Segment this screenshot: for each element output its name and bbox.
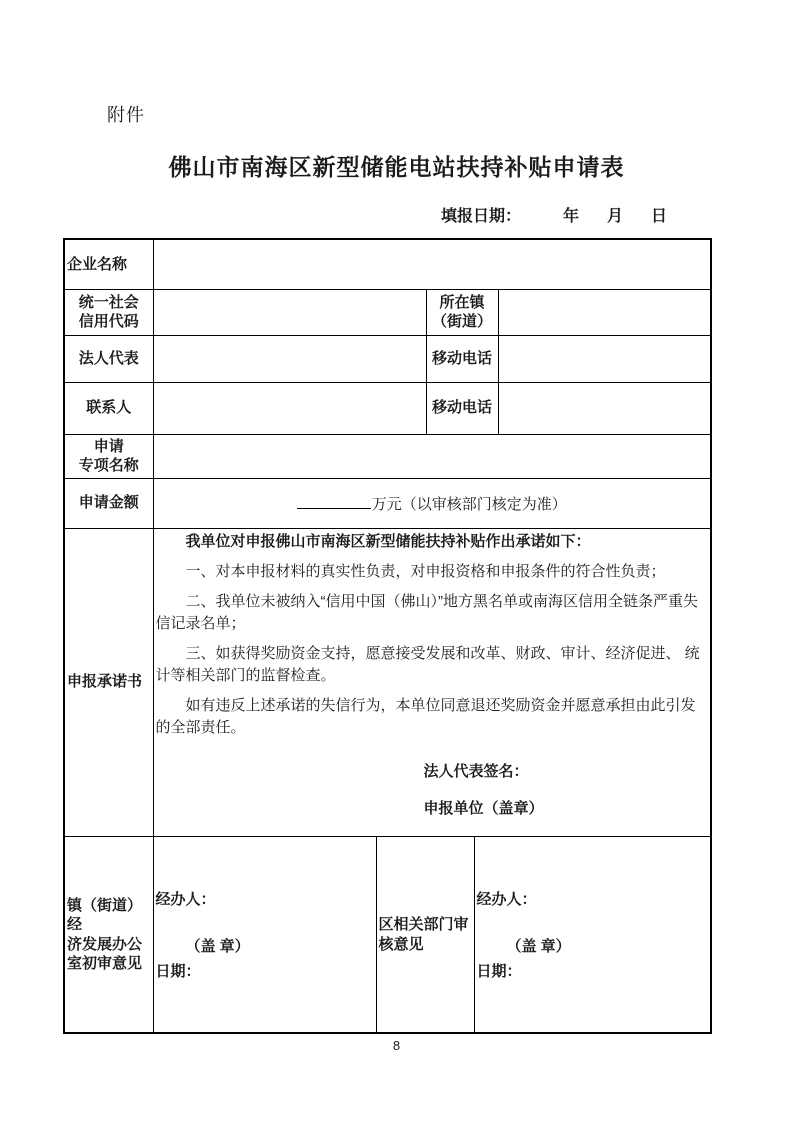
table-row: 申请 专项名称 [64,434,711,478]
commitment-item-2: 二、我单位未被纳入“信用中国（佛山）”地方黑名单或南海区信用全链条严重失信记录名… [156,591,709,636]
commitment-intro: 我单位对申报佛山市南海区新型储能扶持补贴作出承诺如下： [156,531,709,553]
date-day-label: 日 [651,208,667,225]
contact-label: 联系人 [64,382,153,434]
company-name-value [153,239,711,289]
district-review-label: 区相关部门审 核意见 [376,836,474,1033]
town-located-value [498,289,711,335]
town-review-date-label: 日期： [156,960,374,981]
special-project-value [153,434,711,478]
town-review-handler-label: 经办人： [156,888,374,909]
page-title: 佛山市南海区新型储能电站扶持补贴申请表 [0,149,793,182]
attachment-label: 附件 [107,101,145,127]
table-row: 申报承诺书 我单位对申报佛山市南海区新型储能扶持补贴作出承诺如下： 一、对本申报… [64,528,711,836]
district-review-handler-label: 经办人： [477,888,709,909]
legal-rep-label: 法人代表 [64,335,153,382]
document-page: 附件 佛山市南海区新型储能电站扶持补贴申请表 填报日期：年月日 企业名称 统一社… [0,0,793,1122]
table-row: 申请金额 万元（以审核部门核定为准） [64,478,711,528]
amount-label: 申请金额 [64,478,153,528]
page-number: 8 [0,1038,793,1053]
amount-value-cell: 万元（以审核部门核定为准） [153,478,711,528]
table-row: 镇（街道）经 济发展办公 室初审意见 经办人： （盖 章） 日期： 区相关部门审… [64,836,711,1033]
signature-block: 法人代表签名： 申报单位（盖章） [424,760,709,818]
amount-unit-note: 万元（以审核部门核定为准） [372,496,567,513]
date-month-label: 月 [607,208,623,225]
credit-code-label: 统一社会 信用代码 [64,289,153,335]
commitment-item-4: 如有违反上述承诺的失信行为，本单位同意退还奖励资金并愿意承担由此引发的全部责任。 [156,695,709,740]
amount-blank-line [297,492,371,509]
fill-date-label: 填报日期： [441,208,521,225]
commitment-item-1: 一、对本申报材料的真实性负责，对申报资格和申报条件的符合性负责； [156,561,709,584]
commitment-label: 申报承诺书 [64,528,153,836]
table-row: 法人代表 移动电话 [64,335,711,382]
legal-rep-mobile-value [498,335,711,382]
legal-rep-value [153,335,426,382]
town-located-label: 所在镇 （街道） [426,289,498,335]
table-row: 联系人 移动电话 [64,382,711,434]
commitment-cell: 我单位对申报佛山市南海区新型储能扶持补贴作出承诺如下： 一、对本申报材料的真实性… [153,528,711,836]
district-review-date-label: 日期： [477,960,709,981]
commitment-item-3: 三、如获得奖励资金支持，愿意接受发展和改革、财政、审计、经济促进、 统计等相关部… [156,643,709,688]
contact-value [153,382,426,434]
town-review-seal-label: （盖 章） [156,935,374,956]
special-project-label: 申请 专项名称 [64,434,153,478]
district-review-cell: 经办人： （盖 章） 日期： [474,836,711,1033]
date-year-label: 年 [563,208,579,225]
company-name-label: 企业名称 [64,239,153,289]
table-row: 统一社会 信用代码 所在镇 （街道） [64,289,711,335]
district-review-seal-label: （盖 章） [477,935,709,956]
contact-mobile-label: 移动电话 [426,382,498,434]
town-review-label: 镇（街道）经 济发展办公 室初审意见 [64,836,153,1033]
legal-rep-mobile-label: 移动电话 [426,335,498,382]
unit-seal-label: 申报单位（盖章） [424,797,709,818]
fill-date-line: 填报日期：年月日 [441,203,667,226]
application-table: 企业名称 统一社会 信用代码 所在镇 （街道） 法人代表 移动电话 联系人 移动… [63,238,712,1034]
town-review-cell: 经办人： （盖 章） 日期： [153,836,376,1033]
contact-mobile-value [498,382,711,434]
credit-code-value [153,289,426,335]
table-row: 企业名称 [64,239,711,289]
legal-rep-signature-label: 法人代表签名： [424,760,709,781]
